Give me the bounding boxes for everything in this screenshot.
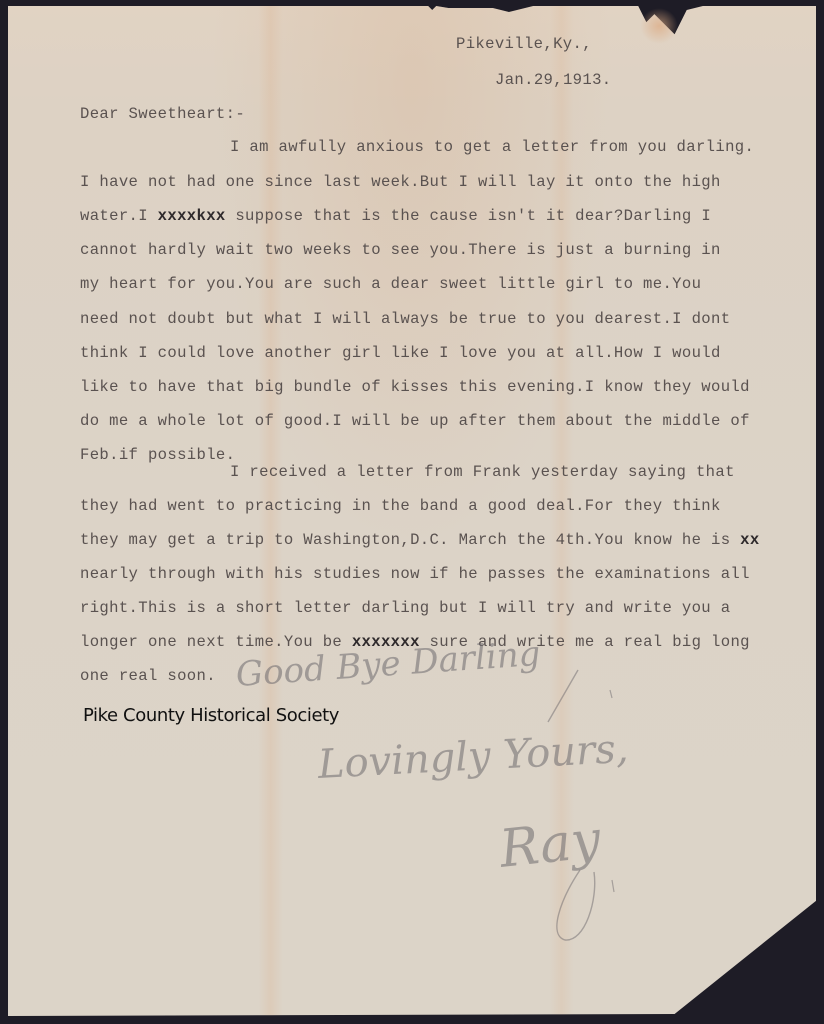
struck-out-text: xxxxkxx [158,207,226,225]
body-line-6: need not doubt but what I will always be… [80,312,730,328]
body-line-14: nearly through with his studies now if h… [80,567,750,583]
body-line-1: I am awfully anxious to get a letter fro… [230,140,754,156]
struck-out-text: xx [740,531,759,549]
body-line-9: do me a whole lot of good.I will be up a… [80,414,750,430]
body-line-12: they had went to practicing in the band … [80,499,721,515]
body-line-4: cannot hardly wait two weeks to see you.… [80,243,721,259]
body-line-7: think I could love another girl like I l… [80,346,721,362]
scan-viewport: Pikeville,Ky., Jan.29,1913. Dear Sweethe… [0,0,824,1024]
body-line-11: I received a letter from Frank yesterday… [230,465,735,481]
body-line-17: one real soon. [80,669,216,685]
watermark-label: Pike County Historical Society [83,705,339,726]
body-line-10: Feb.if possible. [80,448,235,464]
body-line-15: right.This is a short letter darling but… [80,601,730,617]
body-line-13: they may get a trip to Washington,D.C. M… [80,533,760,549]
body-line-2: I have not had one since last week.But I… [80,175,721,191]
letter-salutation: Dear Sweetheart:- [80,107,245,123]
body-line-16-start: longer one next time.You be [80,633,352,651]
body-line-3-end: suppose that is the cause isn't it dear?… [226,207,711,225]
handwritten-signature: Ray [497,810,603,880]
letter-place: Pikeville,Ky., [456,37,592,53]
body-line-5: my heart for you.You are such a dear swe… [80,277,701,293]
body-line-3-start: water.I [80,207,158,225]
body-line-13-text: they may get a trip to Washington,D.C. M… [80,531,740,549]
body-line-3: water.I xxxxkxx suppose that is the caus… [80,209,711,225]
letter-date: Jan.29,1913. [495,73,612,89]
body-line-8: like to have that big bundle of kisses t… [80,380,750,396]
